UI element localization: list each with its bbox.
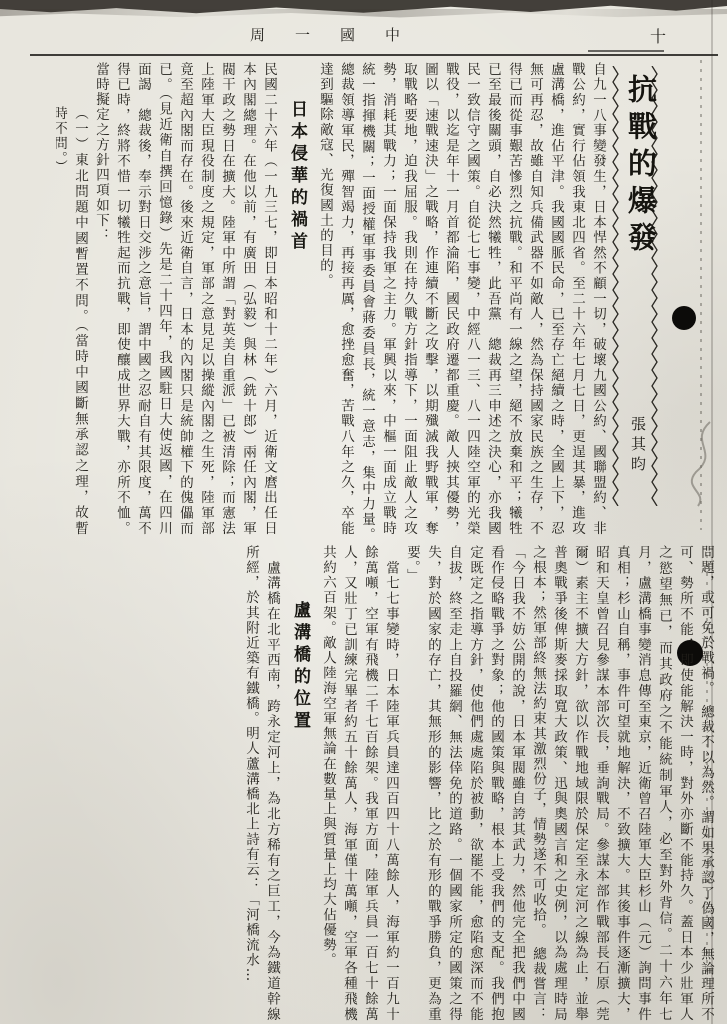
paragraph-section2: 盧溝橋在北平西南，跨永定河上，為北方稀有之巨工，今為鐵道幹線所經，於其附近築有鐵…	[240, 545, 282, 1022]
lower-text-band: 問題，或可免於戰禍。 總裁不以為然。謂如果承認了偽國，無論理所不可、勢所不能，即…	[44, 545, 716, 1022]
title-zigzag-left	[612, 66, 620, 506]
paragraph-lower-2: 當七七事變時，日本陸軍兵員達四百四十八萬餘人，海軍約一百九十餘萬噸，空軍有飛機二…	[317, 545, 401, 1022]
masthead-title: 中國一周	[250, 24, 430, 45]
header-rule	[30, 54, 718, 56]
section-heading-japan-culprit: 日本侵華的禍首	[279, 62, 314, 536]
paragraph-upper-1: 自九一八事變發生，日本悍然不顧一切，破壞九國公約、國聯盟約、非戰公約，實行佔領我…	[314, 62, 608, 536]
upper-text-band: 自九一八事變發生，日本悍然不顧一切，破壞九國公約、國聯盟約、非戰公約，實行佔領我…	[56, 62, 608, 536]
article-author: 張其昀	[628, 416, 649, 476]
section-heading-lugou-bridge: 盧溝橋的位置	[282, 545, 317, 1022]
page-number: 十	[650, 24, 666, 47]
scribble-mark	[678, 418, 724, 510]
article-title: 抗戰的爆發	[621, 74, 662, 259]
paragraph-section1: 民國二十六年（一九三七，即日本昭和十二年）六月，近衛文麿出任日本內閣總理。在他以…	[90, 62, 279, 536]
list-item-1: （一）東北問題中國暫置不問。（當時中國斷無承認之理，故暫時不問。）	[56, 62, 90, 536]
header-rule-short	[588, 50, 664, 52]
paragraph-lower-1: 問題，或可免於戰禍。 總裁不以為然。謂如果承認了偽國，無論理所不可、勢所不能，即…	[401, 545, 716, 1022]
punch-dot-top	[672, 306, 696, 330]
page-scan: 中國一周 十 抗戰的爆發 張其昀 自九一八事變發生，日本悍然不顧一切，破壞九國公…	[0, 0, 727, 1024]
scan-smudge-top-2	[0, 9, 727, 18]
